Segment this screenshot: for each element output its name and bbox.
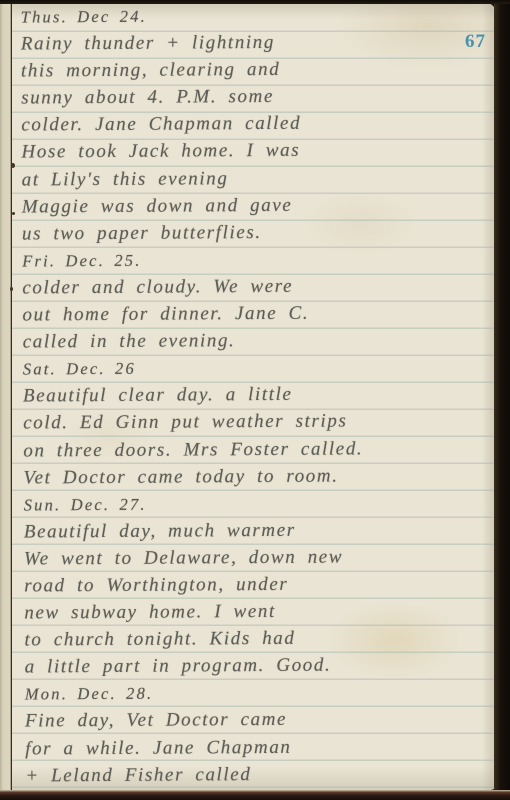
diary-line: We went to Delaware, down new [24, 542, 505, 572]
diary-line: Maggie was down and gave [22, 190, 503, 220]
diary-line: Rainy thunder + lightning [21, 28, 502, 58]
diary-line: for a while. Jane Chapman [25, 732, 506, 762]
diary-line: Beautiful day, much warmer [24, 515, 505, 545]
diary-line: to church tonight. Kids had [24, 624, 505, 654]
entry-date: Sun. Dec. 27. [24, 488, 505, 518]
diary-line: Hose took Jack home. I was [21, 136, 502, 166]
diary-text: Thus. Dec 24. Rainy thunder + lightning … [21, 1, 507, 790]
diary-line: new subway home. I went [24, 597, 505, 627]
entry-date: Thus. Dec 24. [21, 1, 502, 31]
entry-date: Fri. Dec. 25. [22, 244, 503, 274]
diary-line: road to Worthington, under [24, 569, 505, 599]
diary-line: Vet Doctor came today to room. [23, 461, 504, 491]
diary-line: sunny about 4. P.M. some [21, 82, 502, 112]
diary-line: this morning, clearing and [21, 55, 502, 85]
book-cover-bottom [0, 790, 510, 800]
diary-line: a little part in program. Good. [25, 651, 506, 681]
paper-speck [10, 287, 13, 291]
diary-line: cold. Ed Ginn put weather strips [23, 407, 504, 437]
entry-date: Sat. Dec. 26 [23, 353, 504, 383]
diary-line: + Leland Fisher called [25, 759, 506, 789]
diary-line: us two paper butterflies. [22, 217, 503, 247]
paper-speck [11, 163, 15, 168]
diary-line: Beautiful clear day. a little [23, 380, 504, 410]
diary-line: on three doors. Mrs Foster called. [23, 434, 504, 464]
entry-date: Mon. Dec. 28. [25, 678, 506, 708]
diary-line: colder. Jane Chapman called [21, 109, 502, 139]
diary-line: Fine day, Vet Doctor came [25, 705, 506, 735]
diary-line: out home for dinner. Jane C. [22, 299, 503, 329]
diary-line: at Lily's this evening [22, 163, 503, 193]
paper-speck [12, 212, 15, 215]
diary-line: colder and cloudy. We were [22, 271, 503, 301]
page-number: 67 [465, 31, 486, 53]
diary-page-photo: 67 Thus. Dec 24. Rainy thunder + lightni… [0, 0, 510, 800]
diary-line: called in the evening. [23, 326, 504, 356]
